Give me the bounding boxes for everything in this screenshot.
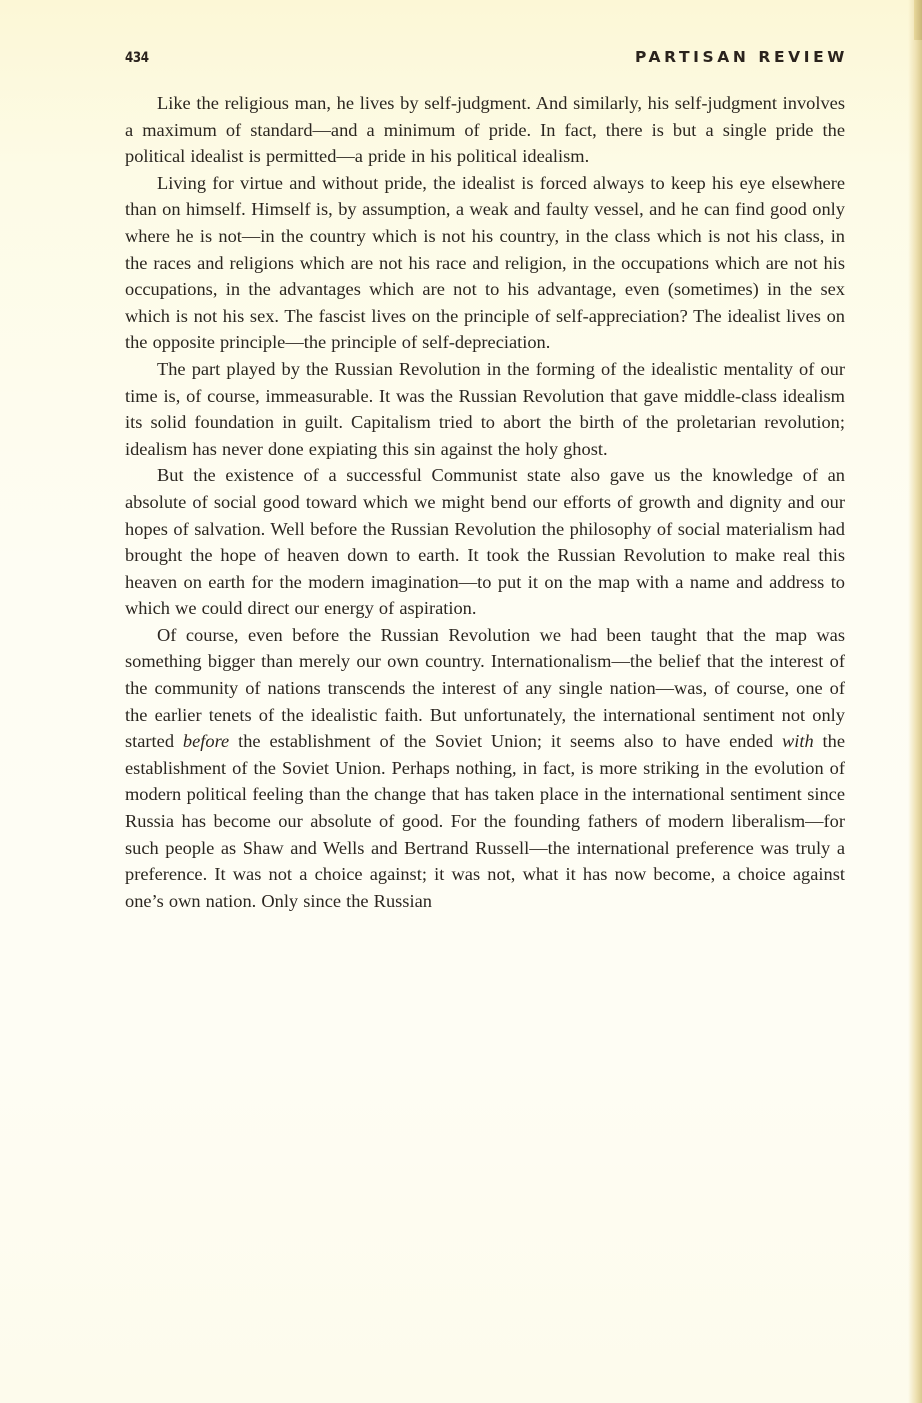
page-edge-fold xyxy=(914,0,922,40)
page-number: 434 xyxy=(125,50,149,66)
text-segment: the establishment of the Soviet Union; i… xyxy=(229,731,782,751)
emphasis-before: before xyxy=(183,731,229,751)
paragraph-self-judgment: Like the religious man, he lives by self… xyxy=(125,90,845,170)
text-segment: the establishment of the Soviet Union. P… xyxy=(125,731,845,911)
book-page: 434 PARTISAN REVIEW Like the religious m… xyxy=(125,48,845,914)
paragraph-living-for-virtue: Living for virtue and without pride, the… xyxy=(125,170,845,356)
paragraph-communist-state: But the existence of a successful Commun… xyxy=(125,462,845,622)
paragraph-internationalism: Of course, even before the Russian Revol… xyxy=(125,622,845,915)
emphasis-with: with xyxy=(782,731,814,751)
running-head: 434 PARTISAN REVIEW xyxy=(125,48,845,74)
journal-title: PARTISAN REVIEW xyxy=(635,48,848,66)
body-text: Like the religious man, he lives by self… xyxy=(125,90,845,914)
page-edge-shadow xyxy=(908,0,922,1403)
paragraph-russian-revolution: The part played by the Russian Revolutio… xyxy=(125,356,845,462)
